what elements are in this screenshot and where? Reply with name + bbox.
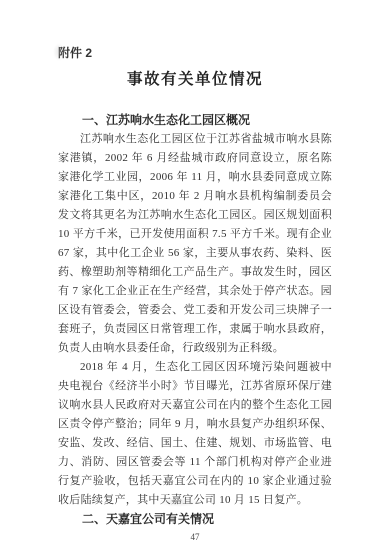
section-heading-park-overview: 一、江苏响水生态化工园区概况: [58, 111, 332, 130]
paragraph-park-shutdown-resumption: 2018 年 4 月，生态化工园区因环境污染问题被中央电视台《经济半小时》节目曝…: [58, 358, 332, 510]
attachment-label: 附件 2: [58, 46, 332, 60]
page-title: 事故有关单位情况: [58, 69, 332, 90]
section-heading-company-situation: 二、天嘉宜公司有关情况: [58, 510, 332, 529]
page-number: 47: [58, 532, 332, 543]
paragraph-park-history: 江苏响水生态化工园区位于江苏省盐城市响水县陈家港镇，2002 年 6 月经盐城市…: [58, 130, 332, 358]
document-page: 附件 2 事故有关单位情况 一、江苏响水生态化工园区概况 江苏响水生态化工园区位…: [0, 0, 389, 550]
